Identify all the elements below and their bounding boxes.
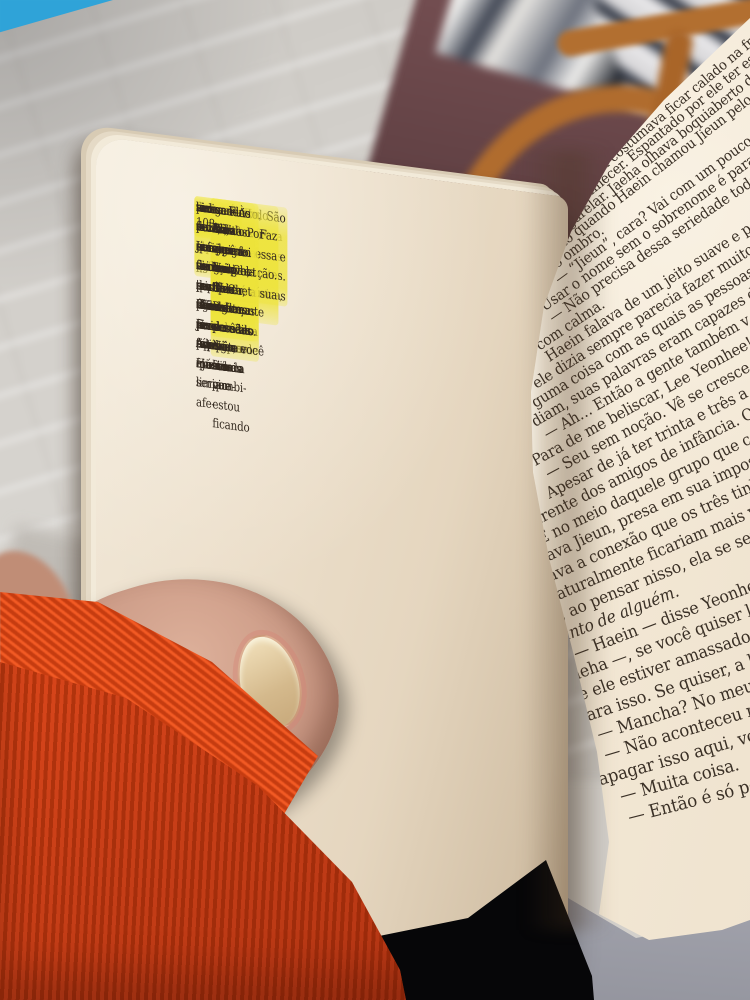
book-gutter-shadow (524, 150, 610, 930)
text-line: — Então é só pedir. (612, 808, 626, 812)
book-photo-scene: Haein, que estava perdido nos próprios p… (0, 0, 750, 1000)
page-number: 108 (196, 212, 215, 234)
left-page-text: Haein, que estava perdido nos próprios p… (196, 197, 560, 244)
